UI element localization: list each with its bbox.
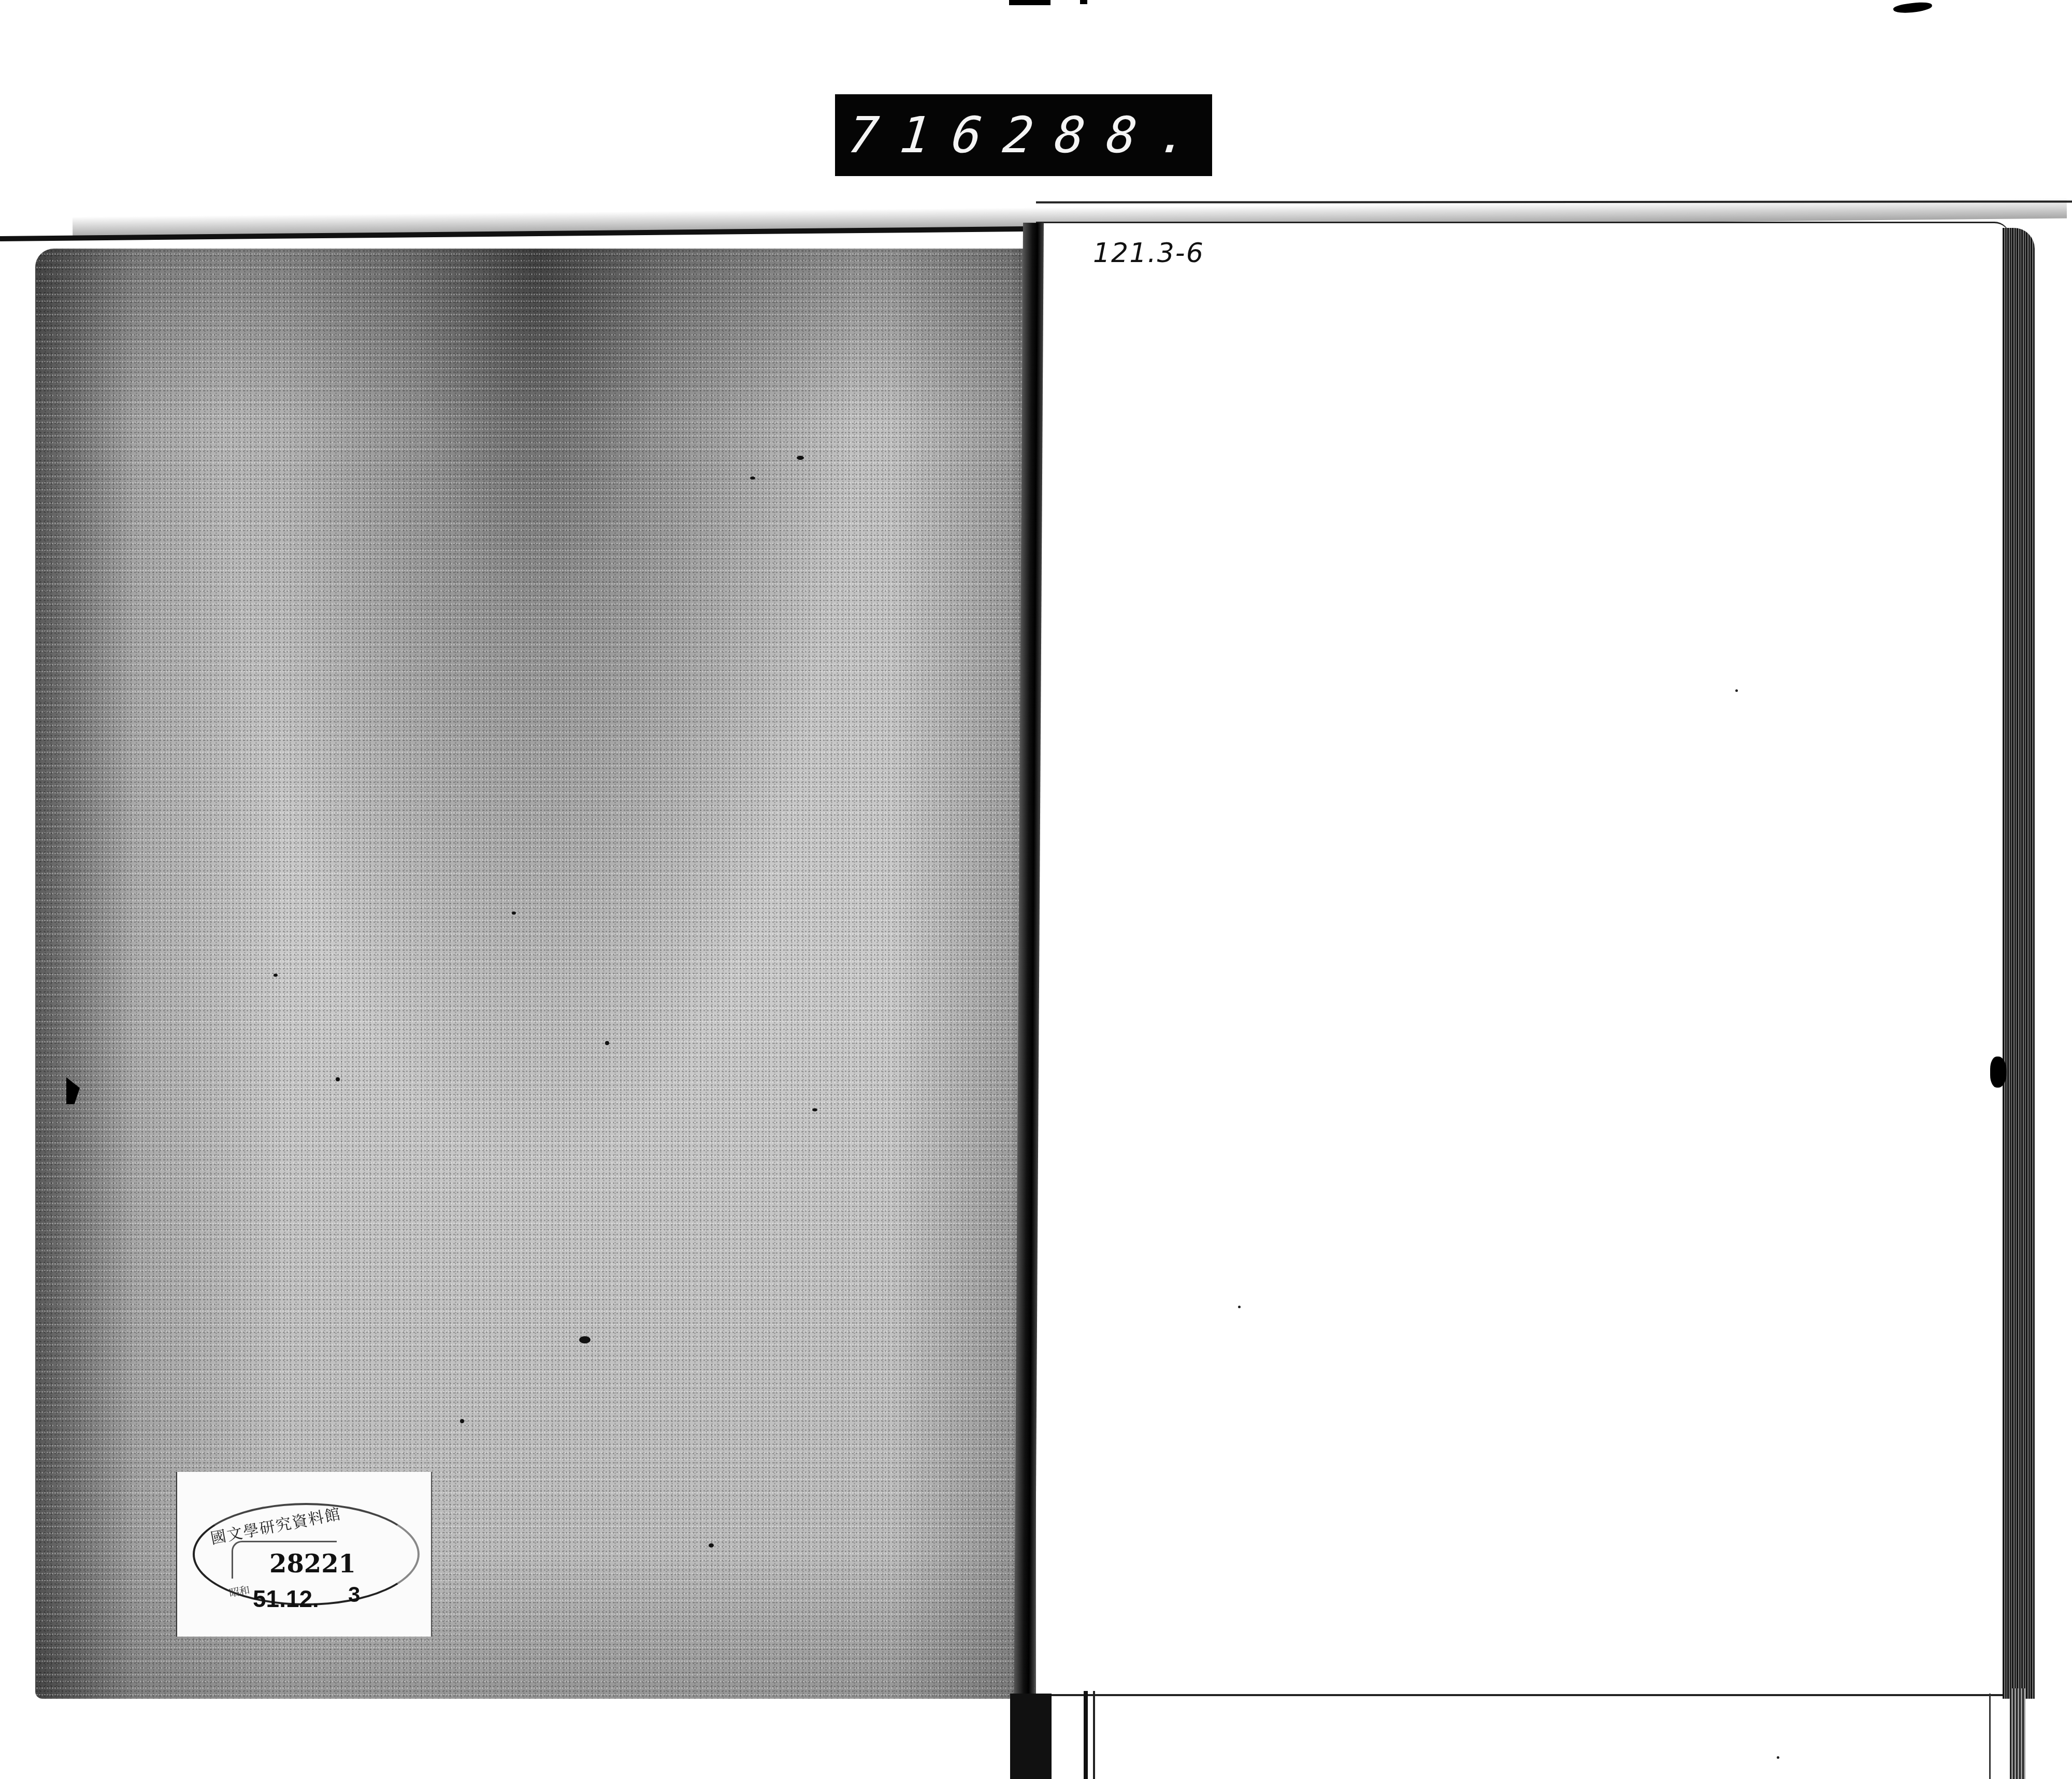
paper-fleck bbox=[812, 1108, 817, 1111]
paper-fleck bbox=[274, 974, 278, 977]
scan-artifact bbox=[1893, 1, 1933, 15]
handwritten-shelf-mark: 121.3-6 bbox=[1093, 238, 1204, 269]
page-edge-line bbox=[1084, 1691, 1088, 1779]
paper-fleck bbox=[750, 476, 755, 480]
reel-number: 716 bbox=[845, 106, 1006, 164]
page-edge-line bbox=[1989, 1694, 1991, 1779]
paper-speck bbox=[1238, 1306, 1241, 1308]
accession-number: 28221 bbox=[269, 1550, 356, 1579]
paper-fleck bbox=[336, 1077, 340, 1081]
library-stamp-label: 國文學研究資料館 28221 昭和 51.12. 3 bbox=[176, 1472, 432, 1637]
stamp-date: 51.12. bbox=[253, 1585, 319, 1613]
page-fore-edge bbox=[2003, 228, 2035, 1699]
scan-artifact bbox=[1009, 0, 1051, 5]
book-gutter-bottom bbox=[1010, 1694, 1052, 1779]
fore-edge-mark bbox=[1990, 1057, 2007, 1088]
paper-fleck bbox=[460, 1419, 464, 1423]
paper-fleck bbox=[605, 1041, 609, 1045]
page-edge-line bbox=[1093, 1691, 1095, 1779]
paper-fleck bbox=[709, 1543, 714, 1547]
paper-speck bbox=[1777, 1756, 1779, 1759]
right-page: 121.3-6 bbox=[1036, 222, 2010, 1696]
paper-fleck bbox=[512, 912, 516, 915]
paper-speck bbox=[1735, 689, 1738, 692]
scan-artifact bbox=[1080, 0, 1087, 4]
microfilm-frame-counter: 716 288. bbox=[835, 94, 1212, 176]
paper-fleck bbox=[579, 1336, 591, 1343]
stamp-day: 3 bbox=[348, 1582, 360, 1607]
paper-fleck bbox=[797, 456, 804, 460]
frame-number: 288. bbox=[1001, 106, 1214, 164]
page-fore-edge-bottom bbox=[2010, 1688, 2025, 1779]
